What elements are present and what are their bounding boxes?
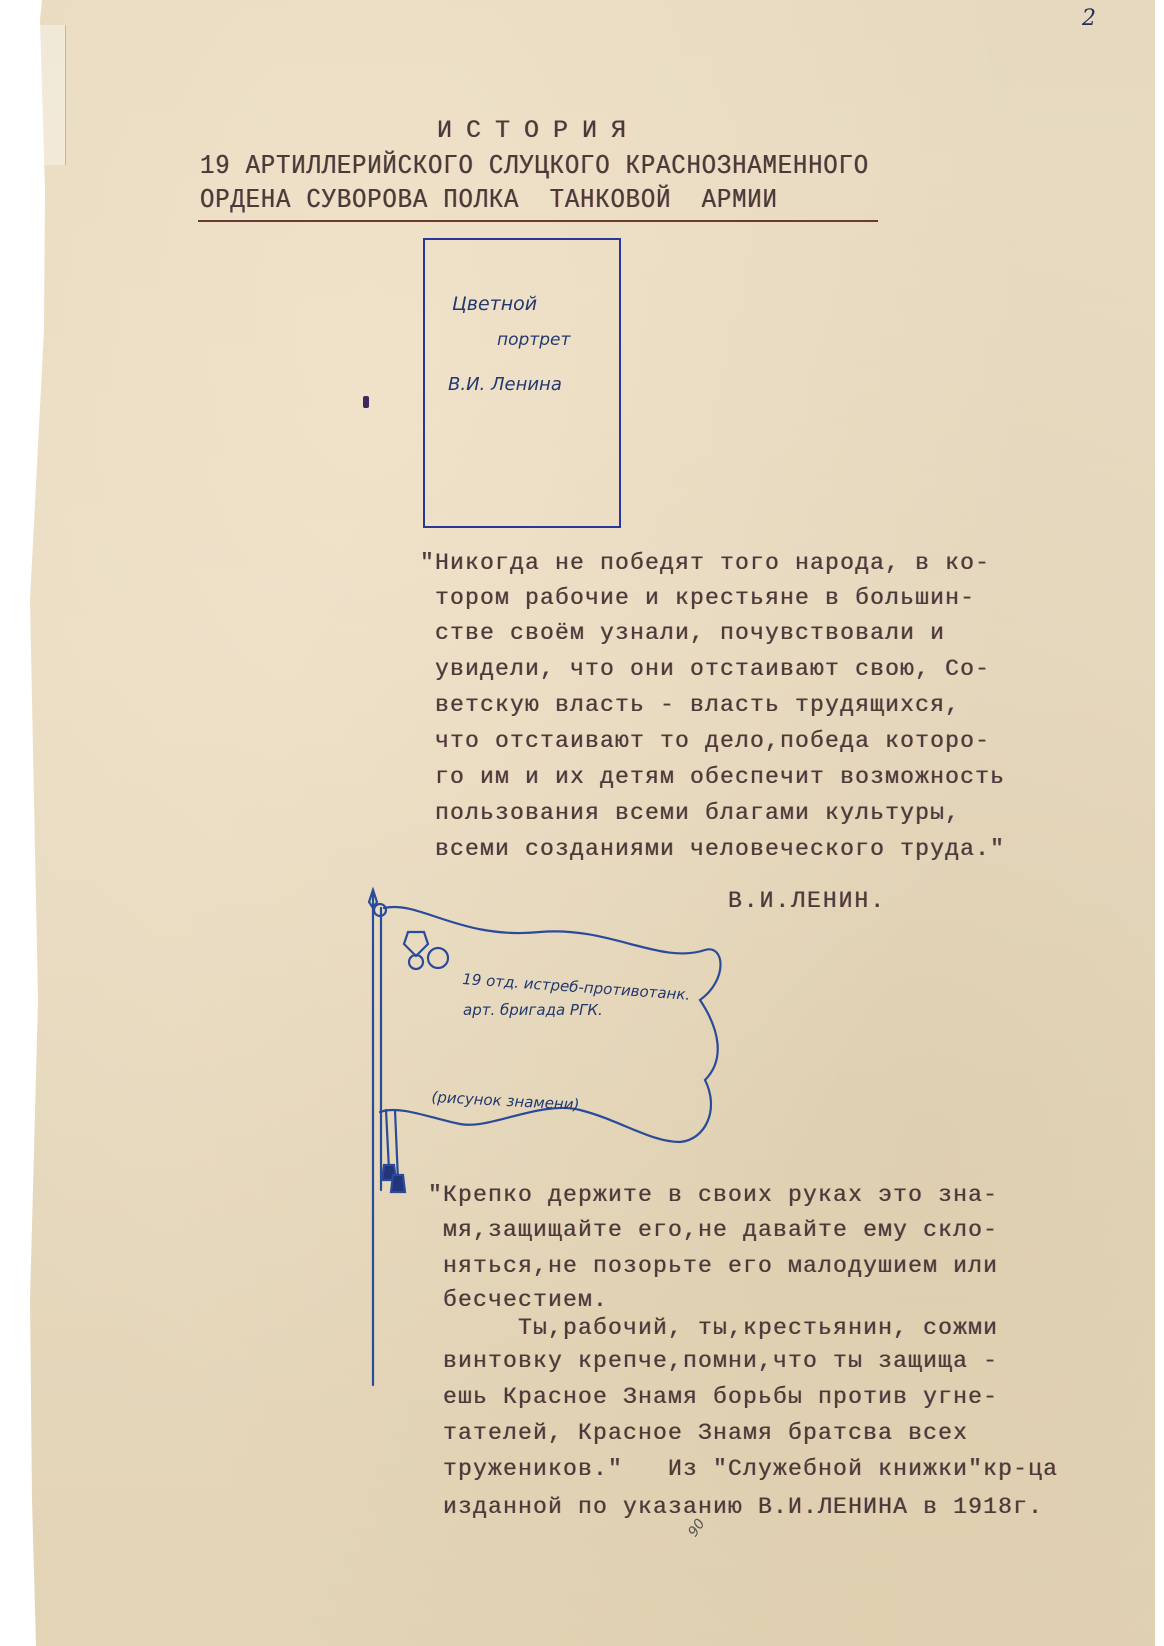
quote-line: бесчестием. (428, 1287, 608, 1313)
quote-line: винтовку крепче,помни,что ты защища - (428, 1348, 998, 1374)
portrait-note-line-1: Цветной (452, 293, 537, 315)
quote-line: тором рабочие и крестьяне в большин- (420, 585, 975, 611)
quote-author: В.И.ЛЕНИН. (728, 888, 886, 914)
flag-inscription-line-2: арт. бригада РГК. (463, 1001, 603, 1019)
quote-line: пользования всеми благами культуры, (420, 800, 960, 826)
quote-line: "Никогда не победят того народа, в ко- (420, 550, 990, 576)
quote-line: всеми созданиями человеческого труда." (420, 836, 1005, 862)
quote-line: изданной по указанию В.И.ЛЕНИНА в 1918г. (428, 1494, 1043, 1520)
medal-icon (404, 932, 428, 956)
quote-line: "Крепко держите в своих руках это зна- (428, 1182, 998, 1208)
quote-line: го им и их детям обеспечит возможность (420, 764, 1005, 790)
title-subtitle-line-1: 19 АРТИЛЛЕРИЙСКОГО СЛУЦКОГО КРАСНОЗНАМЕН… (200, 152, 869, 182)
order-icon (428, 948, 448, 968)
quote-line: ветскую власть - власть трудящихся, (420, 692, 960, 718)
title-underline (198, 220, 878, 222)
document-title: ИСТОРИЯ (437, 116, 640, 145)
quote-line: стве своём узнали, почувствовали и (420, 620, 945, 646)
title-subtitle-line-2: ОРДЕНА СУВОРОВА ПОЛКА ТАНКОВОЙ АРМИИ (200, 186, 778, 216)
quote-line: няться,не позорьте его малодушием или (428, 1253, 998, 1279)
portrait-note-line-2: портрет (497, 330, 570, 350)
ink-mark (363, 396, 369, 408)
quote-line: тателей, Красное Знамя братсва всех (428, 1420, 968, 1446)
quote-line: ешь Красное Знамя борьбы против угне- (428, 1384, 998, 1410)
portrait-note-line-3: В.И. Ленина (448, 374, 562, 395)
torn-fold (40, 25, 66, 165)
quote-line: увидели, что они отстаивают свою, Со- (420, 656, 990, 682)
quote-line: что отстаивают то дело,победа которо- (420, 728, 990, 754)
page-number: 2 (1082, 6, 1096, 31)
quote-line: Ты,рабочий, ты,крестьянин, сожми (428, 1315, 998, 1341)
quote-line: мя,защищайте его,не давайте ему скло- (428, 1217, 998, 1243)
quote-line: тружеников." Из "Служебной книжки"кр-ца (428, 1456, 1058, 1482)
flag-drawing (360, 880, 740, 1390)
